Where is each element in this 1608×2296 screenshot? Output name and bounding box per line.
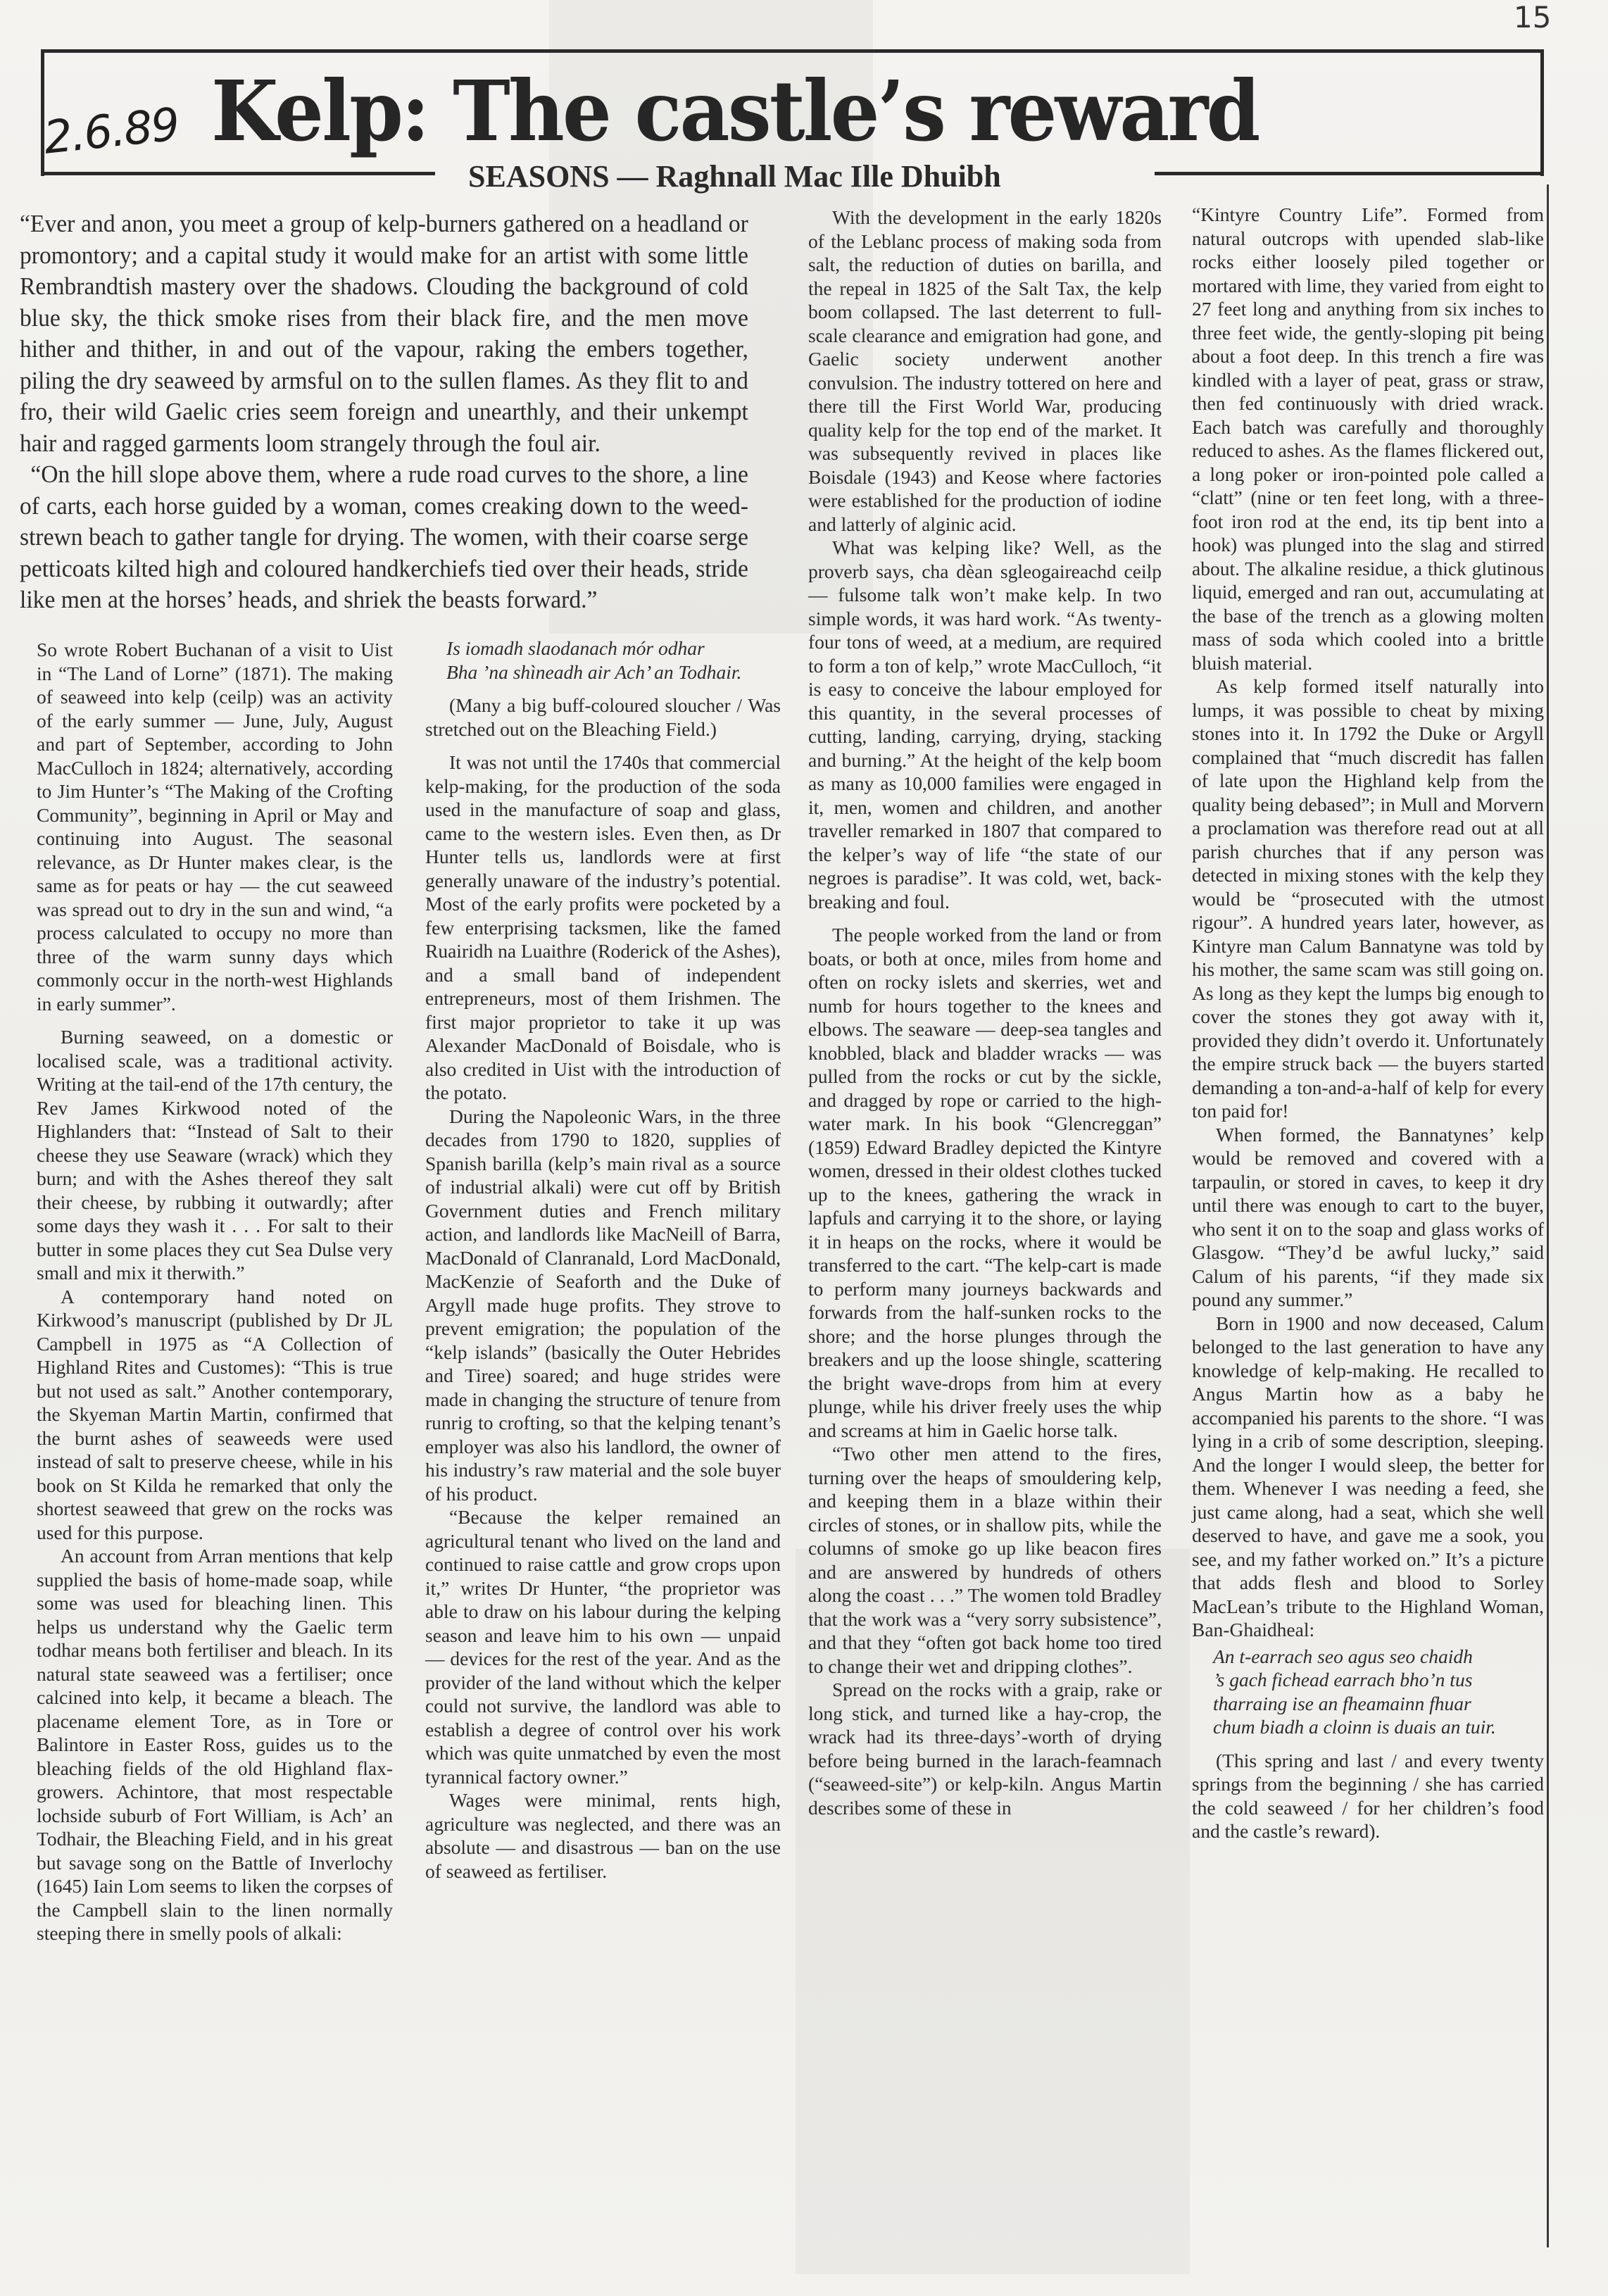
gaelic-verse: An t-earrach seo agus seo chaidh ’s gach… <box>1213 1645 1544 1739</box>
intro-paragraph: “Ever and anon, you meet a group of kelp… <box>20 208 748 459</box>
article-byline: SEASONS — Raghnall Mac Ille Dhuibh <box>468 159 1001 194</box>
verse-line: An t-earrach seo agus seo chaidh <box>1213 1645 1544 1669</box>
headline-frame-rule <box>1155 172 1544 175</box>
body-paragraph: So wrote Robert Buchanan of a visit to U… <box>37 638 393 1015</box>
body-paragraph: Wages were minimal, rents high, agricult… <box>425 1788 781 1883</box>
body-paragraph: Burning seaweed, on a domestic or locali… <box>37 1025 393 1285</box>
article-column-2: Is iomadh slaodanach mór odhar Bha ’na s… <box>425 634 781 1883</box>
article-column-4: “Kintyre Country Life”. Formed from natu… <box>1192 203 1544 1843</box>
right-border-rule <box>1547 184 1549 2247</box>
intro-paragraph: “On the hill slope above them, where a r… <box>20 459 748 616</box>
handwritten-page-mark: 15 <box>1514 0 1551 34</box>
body-paragraph: “Because the kelper remained an agricult… <box>425 1505 781 1788</box>
headline-frame-rule <box>41 172 435 175</box>
body-paragraph: When formed, the Bannatynes’ kelp would … <box>1192 1123 1544 1312</box>
body-paragraph: As kelp formed itself naturally into lum… <box>1192 675 1544 1123</box>
article-column-1: So wrote Robert Buchanan of a visit to U… <box>37 638 393 1945</box>
article-intro-quote: “Ever and anon, you meet a group of kelp… <box>20 208 748 616</box>
body-paragraph: Born in 1900 and now deceased, Calum bel… <box>1192 1312 1544 1642</box>
verse-line: Bha ’na shìneadh air Ach’ an Todhair. <box>446 660 781 684</box>
verse-line: tharraing ise an fheamainn fhuar <box>1213 1692 1544 1716</box>
body-paragraph: The people worked from the land or from … <box>808 923 1162 1442</box>
verse-translation: (This spring and last / and every twenty… <box>1192 1749 1544 1843</box>
verse-line: Is iomadh slaodanach mór odhar <box>446 636 781 660</box>
article-column-3: With the development in the early 1820s … <box>808 206 1162 1819</box>
body-paragraph: With the development in the early 1820s … <box>808 206 1162 536</box>
body-paragraph: What was kelping like? Well, as the prov… <box>808 536 1162 913</box>
article-headline: Kelp: The castle’s reward <box>211 62 1259 161</box>
body-paragraph: “Two other men attend to the fires, turn… <box>808 1442 1162 1678</box>
verse-translation: (Many a big buff-coloured sloucher / Was… <box>425 694 781 741</box>
body-paragraph: Spread on the rocks with a graip, rake o… <box>808 1678 1162 1819</box>
body-paragraph: “Kintyre Country Life”. Formed from natu… <box>1192 203 1544 675</box>
gaelic-verse: Is iomadh slaodanach mór odhar Bha ’na s… <box>446 636 781 684</box>
body-paragraph: A contemporary hand noted on Kirkwood’s … <box>37 1285 393 1545</box>
body-paragraph: It was not until the 1740s that commerci… <box>425 751 781 1105</box>
body-paragraph: During the Napoleonic Wars, in the three… <box>425 1105 781 1506</box>
body-paragraph: An account from Arran mentions that kelp… <box>37 1544 393 1945</box>
verse-line: chum biadh a cloinn is duais an tuir. <box>1213 1715 1544 1739</box>
verse-line: ’s gach fichead earrach bho’n tus <box>1213 1668 1544 1692</box>
